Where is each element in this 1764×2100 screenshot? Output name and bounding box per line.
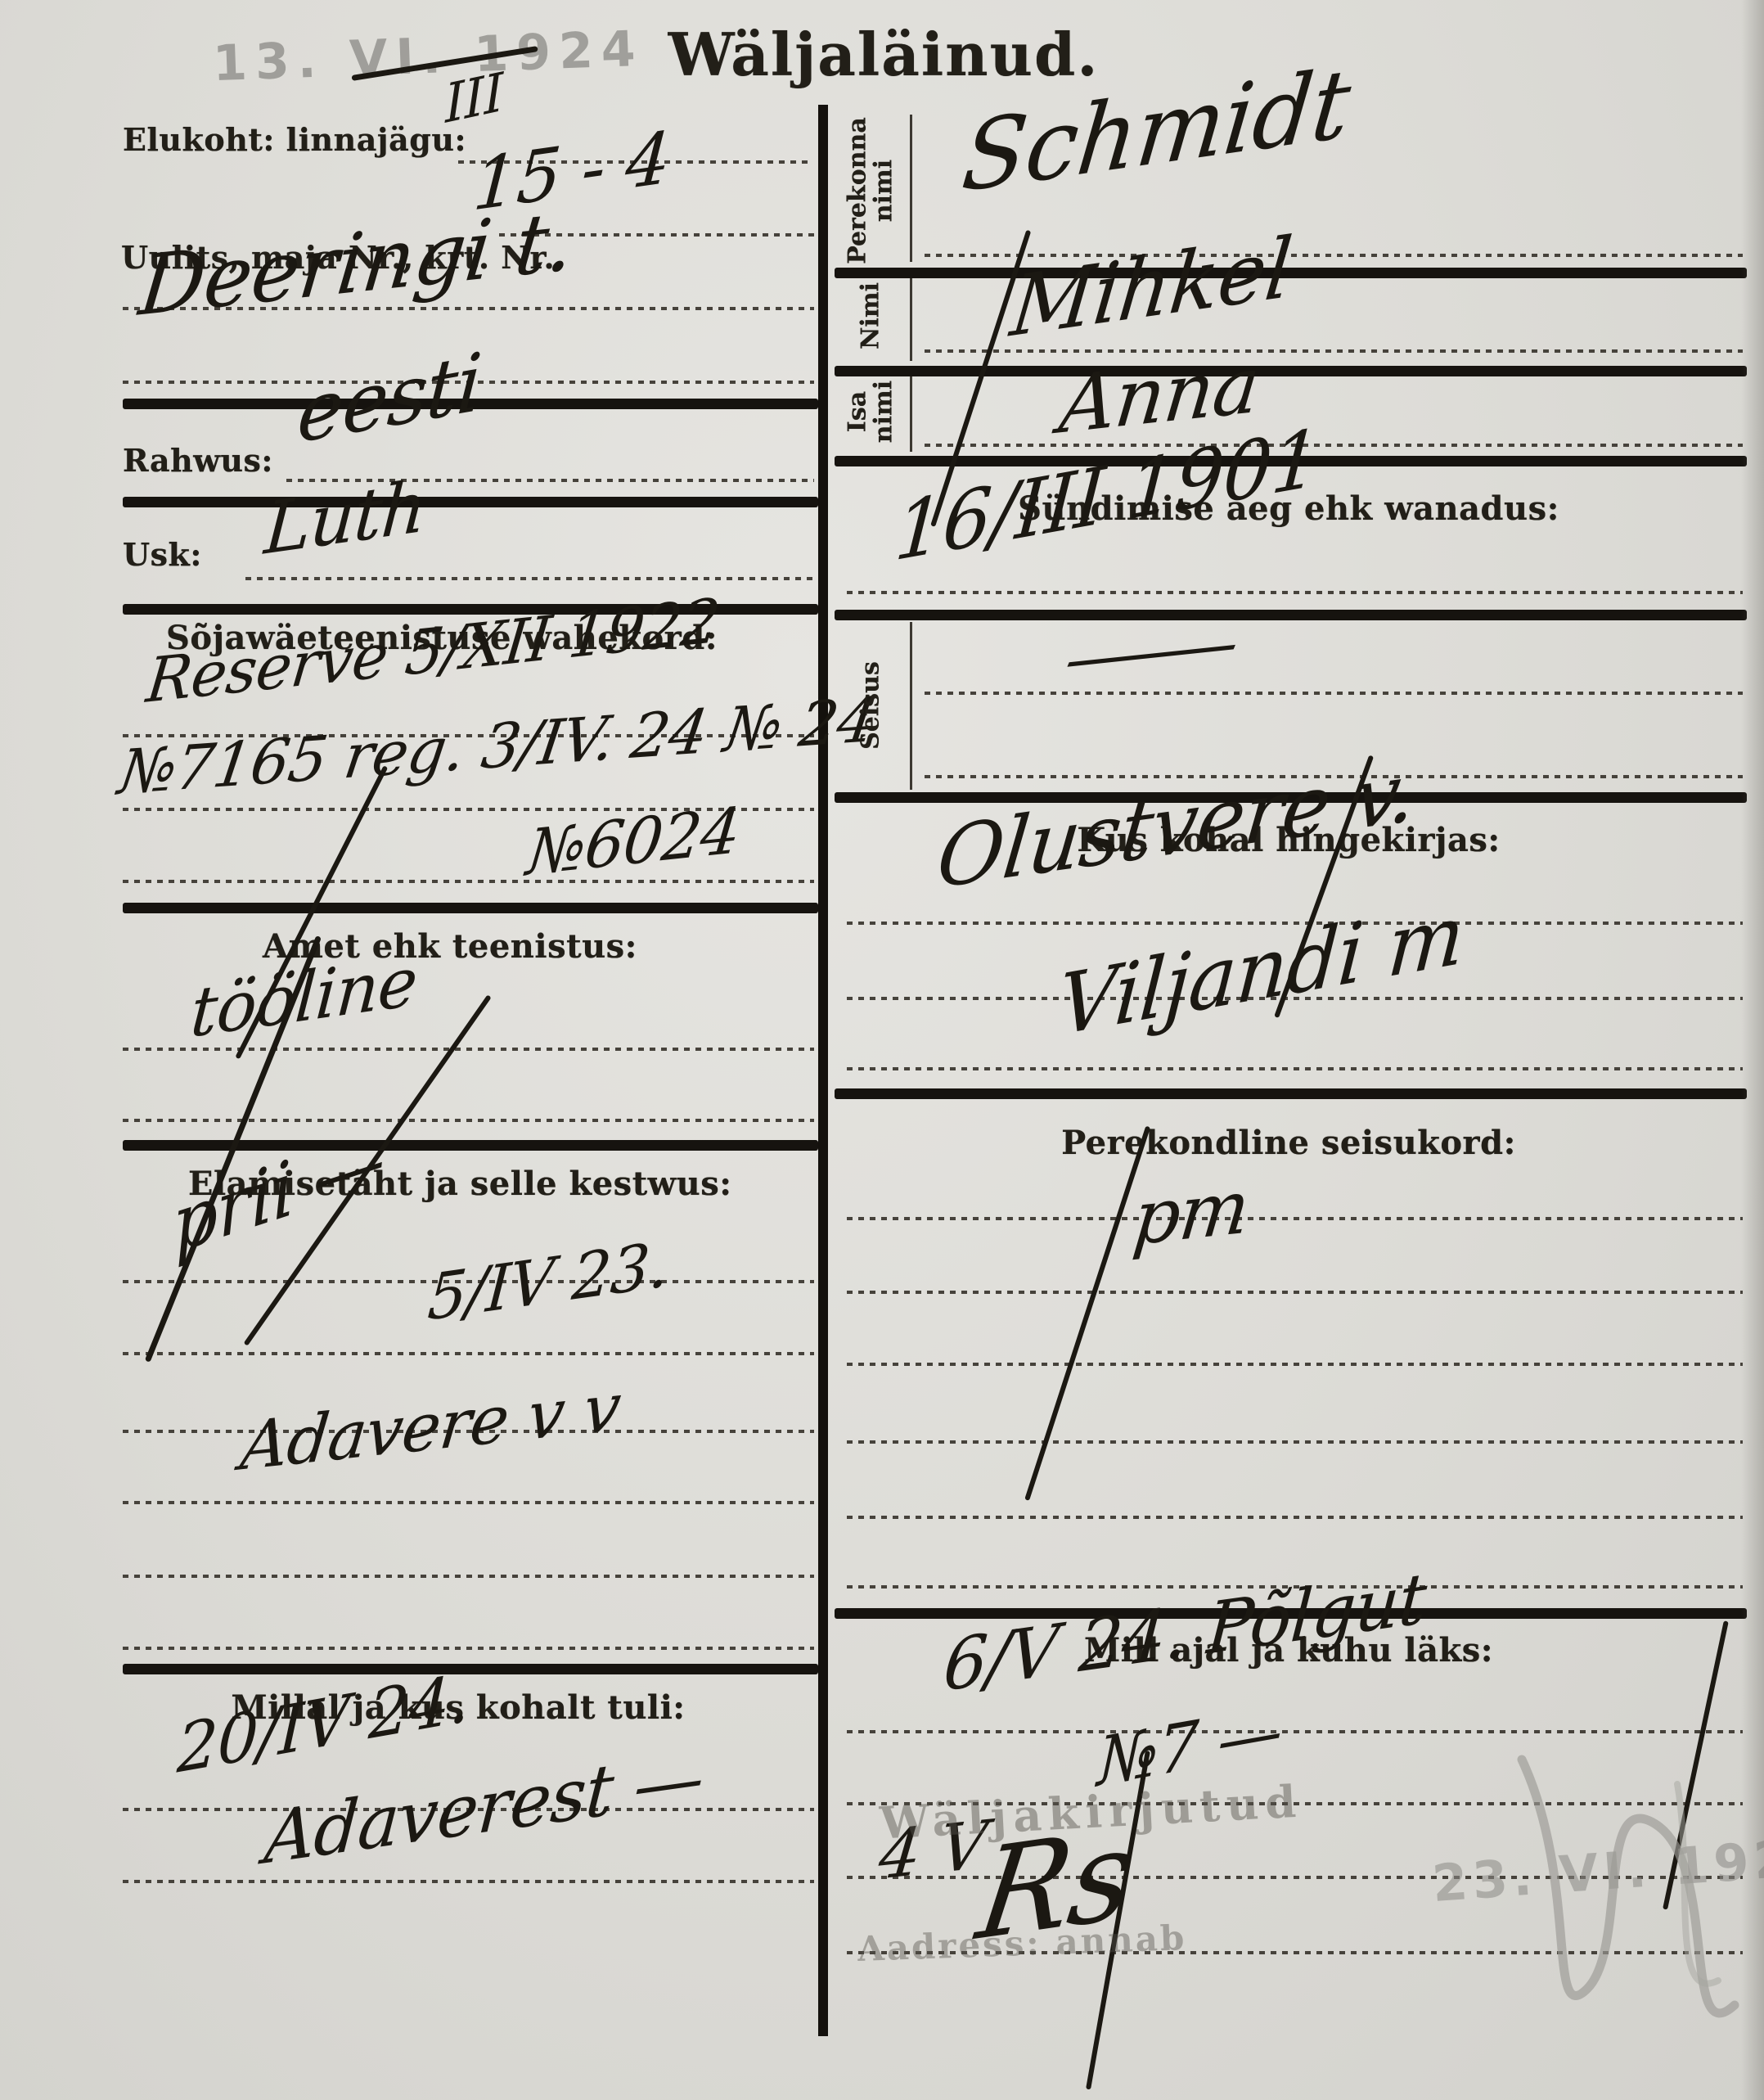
page-edge-shading [1741, 0, 1764, 2100]
status-vertical-label: Seisus [833, 620, 908, 791]
street-name-handwriting: Deeringi t. [135, 192, 578, 335]
address-stamp-text: Aadress: annab [857, 1917, 1187, 1969]
rule-bar [123, 1140, 818, 1151]
family-status-label: Perekondline seisukord: [941, 1124, 1636, 1162]
column-divider [818, 105, 828, 2036]
pencil-signature-squiggle [1473, 1735, 1764, 2095]
residence-value-handwriting: III [443, 62, 504, 136]
first-name-handwriting: Mihkel [1006, 219, 1296, 356]
dotted-line [123, 1352, 814, 1355]
label-separator-line [910, 273, 912, 361]
rule-bar [123, 497, 818, 507]
dotted-line [847, 1363, 1743, 1366]
dotted-line [847, 1730, 1743, 1733]
dotted-line [123, 1048, 814, 1051]
dotted-line [925, 692, 1743, 695]
father-name-vertical-label: Isa nimi [833, 368, 908, 454]
dotted-line [123, 1575, 814, 1578]
dotted-line [123, 1119, 814, 1122]
page-title: Wäljaläinud. [597, 20, 1170, 89]
label-separator-line [910, 622, 912, 790]
religion-label: Usk: [123, 536, 202, 573]
permit-line2-handwriting: 5/IV 23. [425, 1227, 670, 1335]
departure-line1-handwriting: 6/V 24. Põlgut [941, 1557, 1429, 1708]
scanned-registration-card: 13. VI. 1924 Wäljaläinud. Elukoht: linna… [0, 0, 1764, 2100]
dotted-line [847, 1217, 1743, 1220]
dotted-line [847, 1067, 1743, 1070]
date-stamp-top: 13. VI. 1924 [212, 20, 645, 92]
dotted-line [847, 1291, 1743, 1294]
dotted-line [245, 577, 814, 580]
dotted-line [847, 591, 1743, 594]
rule-bar [835, 1088, 1747, 1099]
dotted-line [925, 444, 1743, 447]
residence-label: Elukoht: linnajägu: [123, 121, 466, 158]
family-status-handwriting: pm [1129, 1164, 1253, 1263]
dotted-line [847, 1516, 1743, 1519]
registry-line2-handwriting: Viljandi m [1055, 886, 1467, 1055]
occupation-label: Amet ehk teenistus: [205, 927, 695, 966]
rule-bar [123, 1664, 818, 1674]
dotted-line [847, 1440, 1743, 1444]
dotted-line [123, 1647, 814, 1650]
dotted-line [123, 1880, 814, 1883]
label-separator-line [910, 370, 912, 452]
permit-line3-handwriting: Adavere v v [237, 1368, 623, 1485]
nationality-value-handwriting: eesti [295, 335, 484, 462]
ink-flourish-stroke [1024, 1126, 1150, 1501]
issued-stamp-text: Wäljakirjutud [879, 1775, 1304, 1850]
rule-bar [835, 366, 1747, 376]
first-name-vertical-label: Nimi [833, 270, 908, 362]
arrival-line1-handwriting: 20/IV 24. [176, 1659, 470, 1788]
rule-bar [123, 903, 818, 913]
dotted-line [123, 1501, 814, 1504]
family-name-vertical-label: Perekonna nimi [833, 115, 908, 266]
rule-bar [835, 610, 1747, 620]
dotted-line [123, 880, 814, 883]
nationality-label: Rahwus: [123, 442, 273, 479]
label-separator-line [910, 115, 912, 262]
